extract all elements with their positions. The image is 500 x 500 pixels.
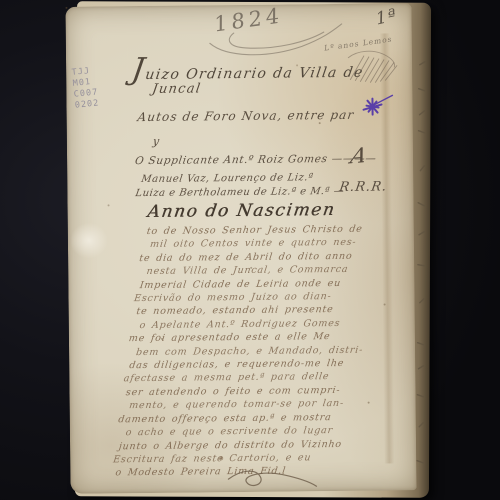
body-line: Escrivão do mesmo Juizo ao dian- xyxy=(133,289,391,305)
folio-number-mark: 1ª xyxy=(376,5,397,30)
body-line: mento, e querendo tomar-se por lan- xyxy=(128,397,377,413)
archival-code-block: TJJ M01 C007 0202 xyxy=(71,66,100,112)
body-text-block: to de Nosso Senhor Jesus Christo de mil … xyxy=(115,222,400,480)
manuscript-photo: 1824 1ª Lº anos Lemos TJJ M01 C007 0202 xyxy=(0,0,500,500)
case-title-continuation: y xyxy=(152,135,160,148)
body-line: bem com Despacho, e Mandado, distri- xyxy=(135,343,384,359)
rubric-flourish xyxy=(220,464,320,491)
manuscript-page: 1824 1ª Lº anos Lemos TJJ M01 C007 0202 xyxy=(65,3,416,494)
case-title-line: Autos de Foro Nova, entre par xyxy=(137,108,356,124)
archival-code-line: 0202 xyxy=(74,98,99,111)
party-line2: Manuel Vaz, Lourenço de Liz.ª xyxy=(140,172,314,185)
paper-specks xyxy=(65,7,67,9)
body-line: o acho e que o escrivente do lugar xyxy=(125,424,374,440)
party-line1: O Supplicante Ant.º Roiz Gomes ———— xyxy=(134,153,377,168)
court-title-line2: Juncal xyxy=(151,81,202,97)
body-line: mil oito Centos vinte e quatro nes- xyxy=(149,236,398,252)
section-heading: Anno do Nascimen xyxy=(146,200,337,222)
body-line: afectasse a mesma pet.ª para delle xyxy=(123,370,381,386)
margin-mark-rrr: R.R.R. xyxy=(338,179,388,195)
purple-asterisk-icon xyxy=(354,89,398,121)
body-line: o Apelante Ant.º Rodriguez Gomes xyxy=(139,316,388,332)
party-line3: Luiza e Bertholameu de Liz.ª e M.ª — xyxy=(135,186,345,199)
paper-repair-patch xyxy=(70,222,108,258)
body-line: nesta Villa de Juncal, e Commarca xyxy=(146,263,395,279)
